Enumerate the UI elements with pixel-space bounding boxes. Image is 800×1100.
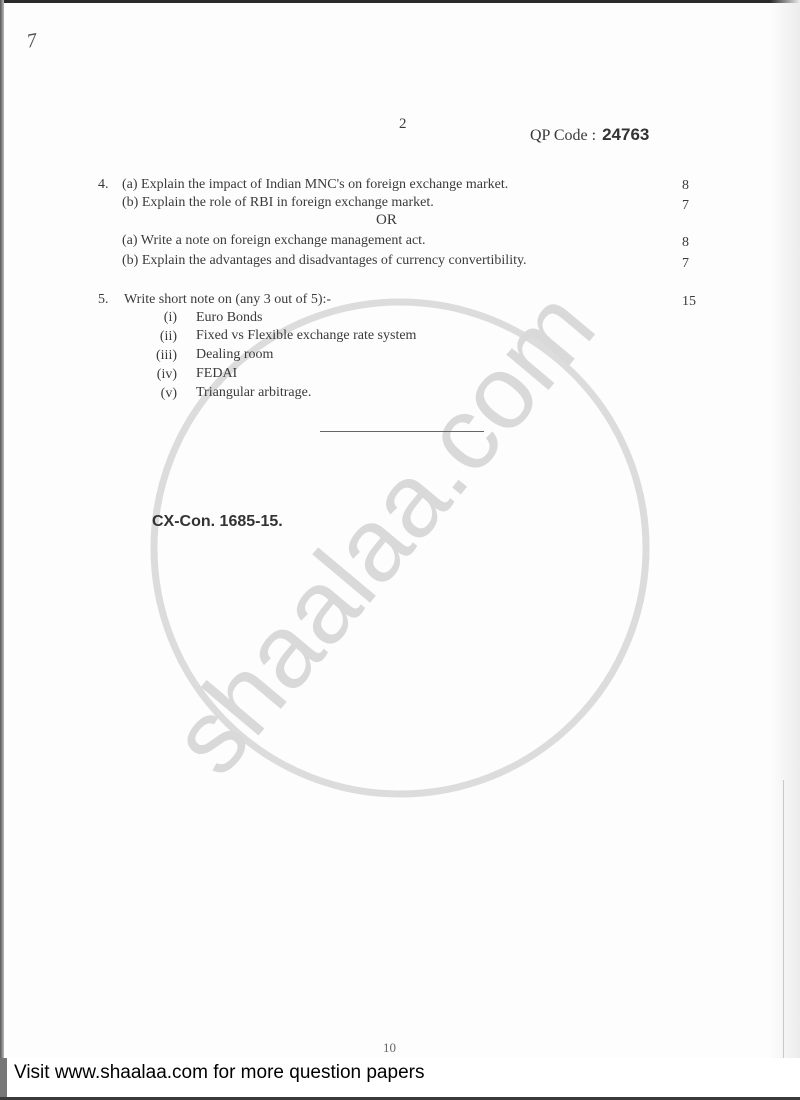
page-number: 2: [399, 116, 407, 133]
question-part: (a) Write a note on foreign exchange man…: [122, 233, 426, 249]
part-label: (a): [122, 233, 138, 248]
watermark: shaalaa.com: [0, 0, 800, 1100]
marks: 7: [682, 198, 689, 214]
question-text: Write short note on (any 3 out of 5):-: [124, 292, 331, 308]
banner-edge: [0, 1058, 7, 1098]
item-label: (i): [137, 310, 177, 326]
item-label: (v): [137, 386, 177, 402]
part-text: Explain the advantages and disadvantages…: [142, 253, 527, 268]
item-text: FEDAI: [196, 366, 237, 382]
item-text: Fixed vs Flexible exchange rate system: [196, 328, 416, 344]
part-label: (a): [122, 177, 138, 192]
item-text: Dealing room: [196, 347, 273, 363]
part-text: Write a note on foreign exchange managem…: [141, 233, 426, 248]
question-part: (b) Explain the role of RBI in foreign e…: [122, 195, 434, 211]
paper-code: CX-Con. 1685-15.: [152, 513, 283, 531]
item-text: Triangular arbitrage.: [196, 385, 311, 401]
item-label: (iv): [137, 367, 177, 383]
marks: 15: [682, 294, 696, 310]
qp-code: QP Code :24763: [530, 125, 649, 145]
marks: 7: [682, 256, 689, 272]
qp-code-value: 24763: [602, 125, 649, 144]
marks: 8: [682, 178, 689, 194]
scan-edge-top: [0, 0, 800, 3]
scan-edge-left: [0, 0, 4, 1100]
scan-edge-line: [783, 780, 784, 1080]
item-label: (iii): [137, 348, 177, 364]
question-part: (b) Explain the advantages and disadvant…: [122, 253, 527, 269]
question-number: 5.: [98, 292, 109, 308]
part-text: Explain the impact of Indian MNC's on fo…: [141, 177, 508, 192]
part-label: (b): [122, 195, 138, 210]
question-part: (a) Explain the impact of Indian MNC's o…: [122, 177, 508, 193]
scanned-page: shaalaa.com 7 2 QP Code :24763 4. (a) Ex…: [0, 0, 800, 1100]
handwritten-mark: 7: [25, 29, 39, 53]
or-separator: OR: [376, 212, 397, 229]
item-text: Euro Bonds: [196, 310, 263, 326]
banner-link[interactable]: Visit www.shaalaa.com for more question …: [14, 1062, 424, 1084]
part-label: (b): [122, 253, 138, 268]
item-label: (ii): [137, 329, 177, 345]
question-number: 4.: [98, 177, 109, 193]
qp-code-label: QP Code :: [530, 127, 596, 144]
scan-edge-right: [770, 0, 800, 1100]
end-divider: [320, 431, 484, 432]
part-text: Explain the role of RBI in foreign excha…: [142, 195, 434, 210]
marks: 8: [682, 235, 689, 251]
handwritten-page-mark: 10: [383, 1040, 396, 1056]
